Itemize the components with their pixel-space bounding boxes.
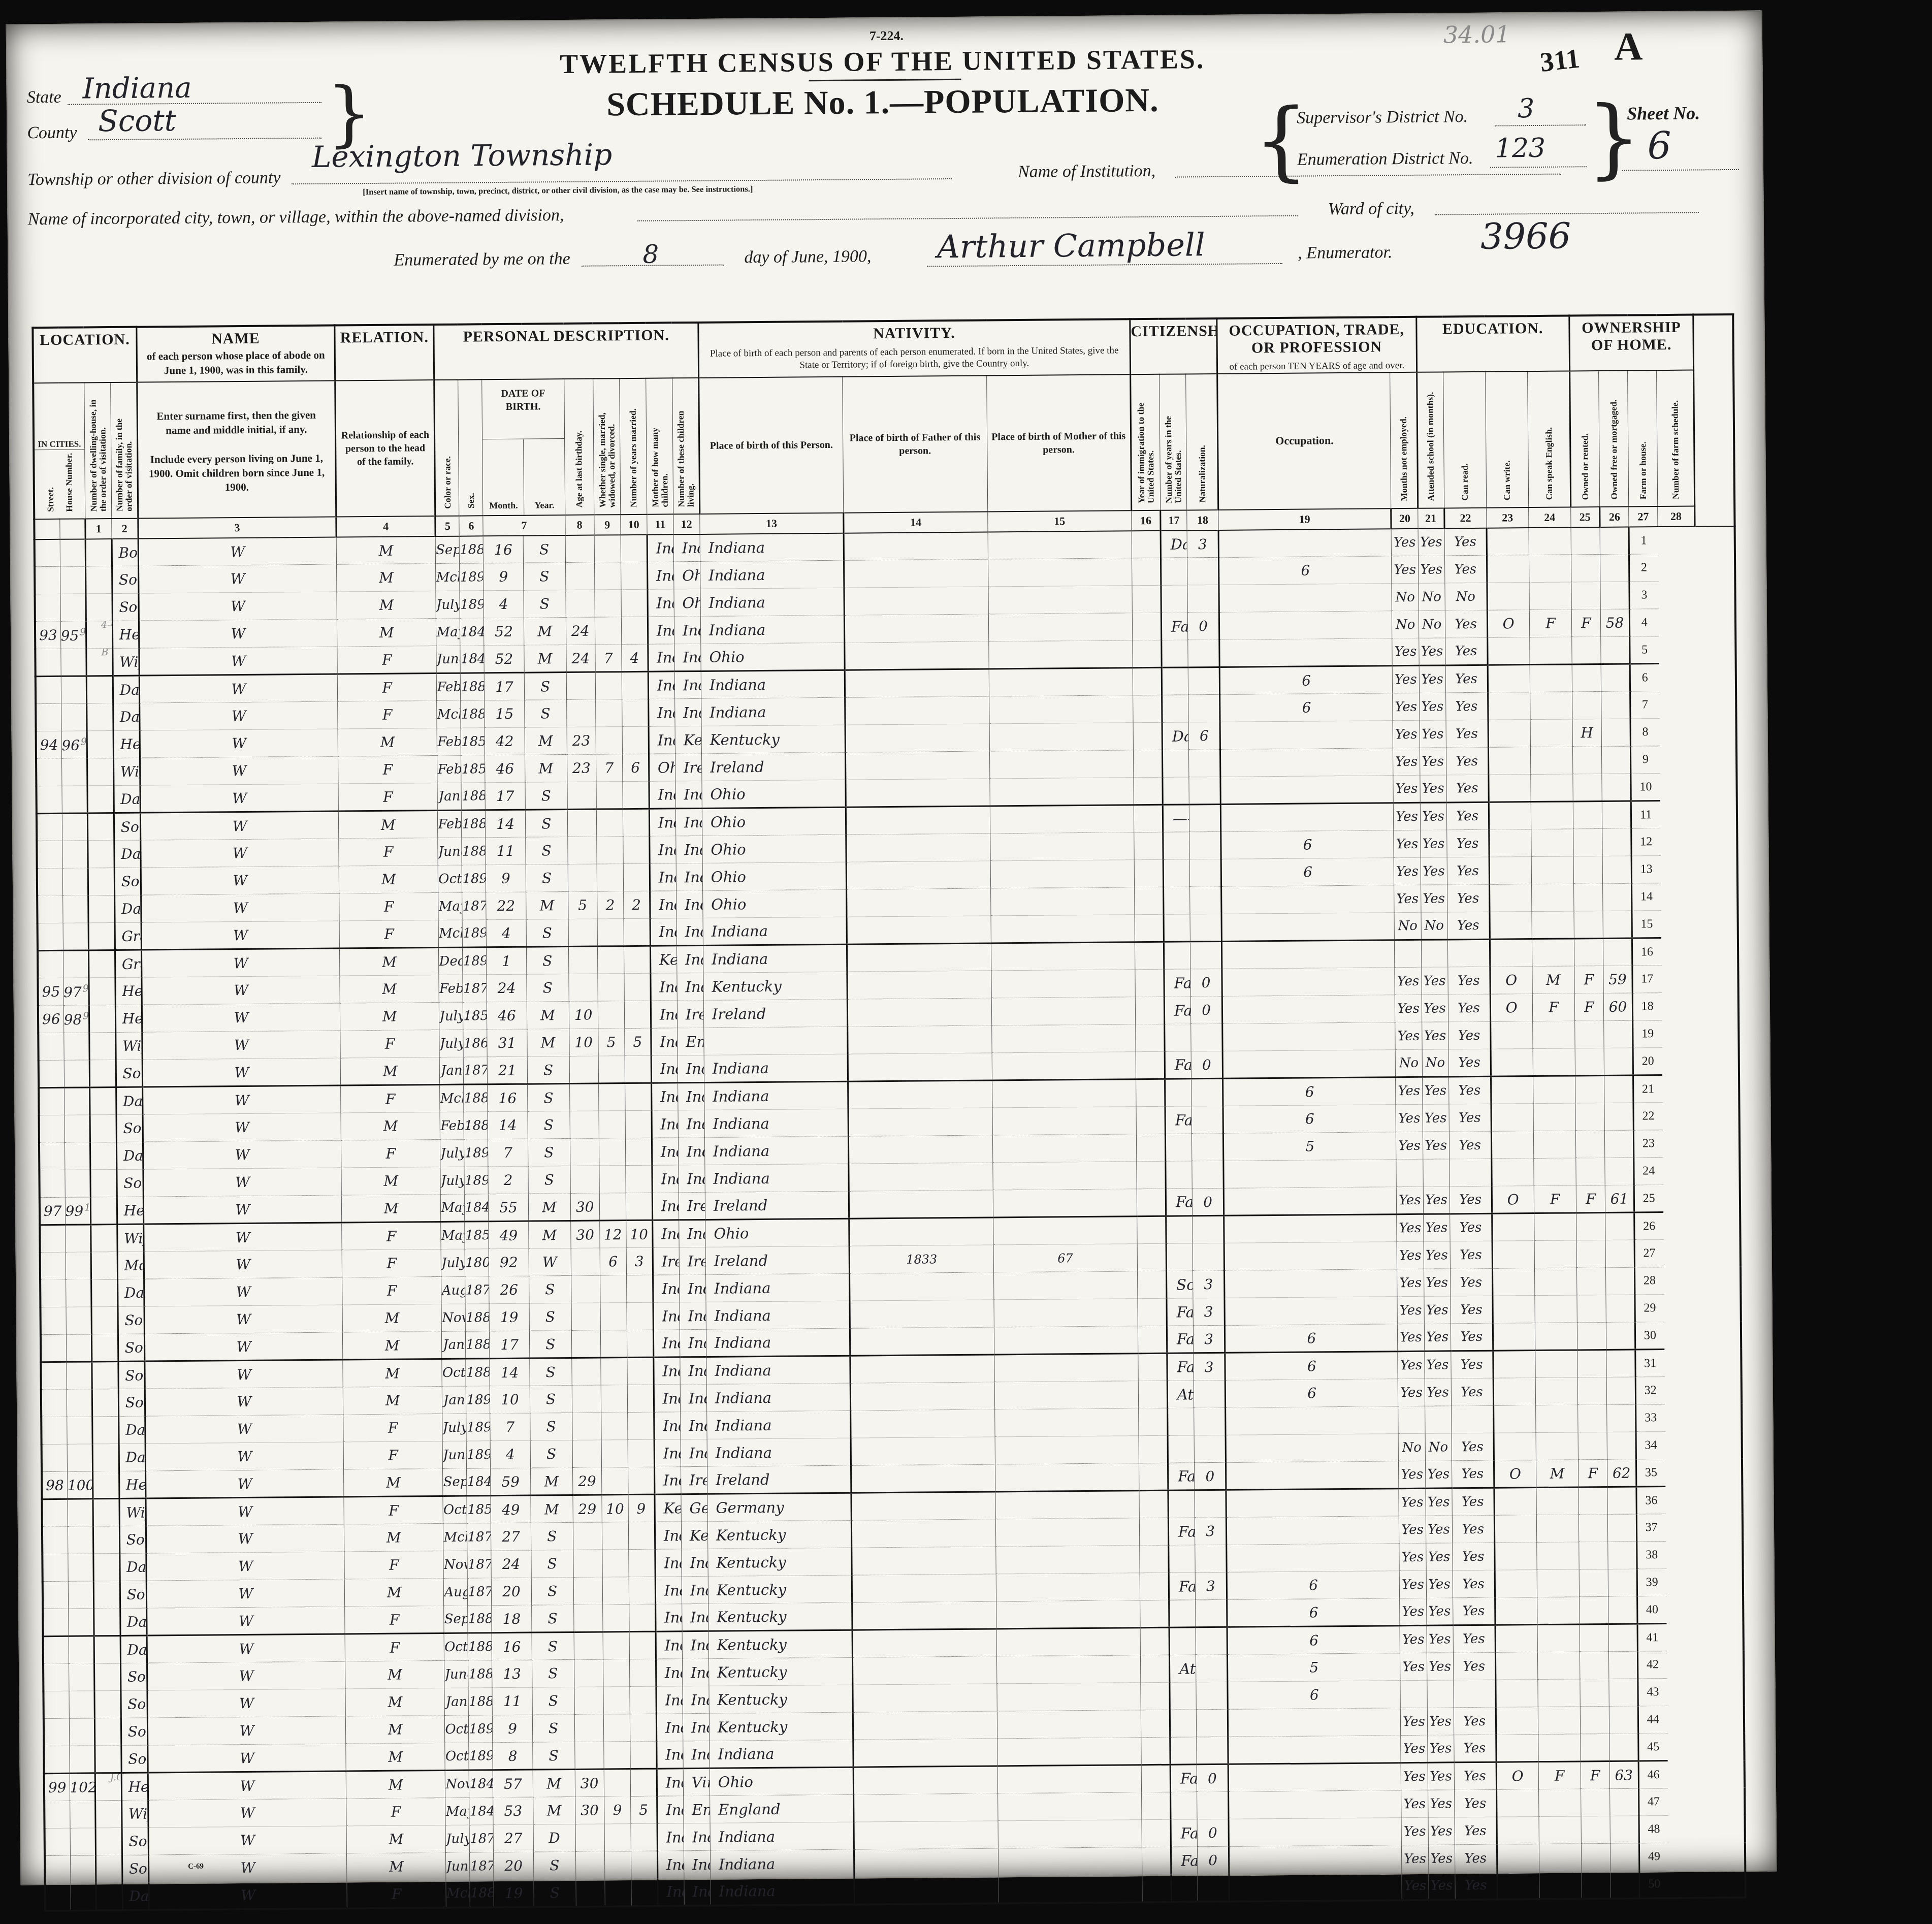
cell-living bbox=[631, 1823, 657, 1851]
cell-pobm: Indiana bbox=[704, 1109, 849, 1137]
group-education: EDUCATION. bbox=[1416, 315, 1569, 372]
cell-nat bbox=[1133, 668, 1162, 695]
cell-rel: Son bbox=[122, 1827, 148, 1855]
township-value: Lexington Township bbox=[311, 137, 612, 174]
cell-pobf: Ireland bbox=[677, 1001, 703, 1028]
cell-dw bbox=[35, 594, 60, 622]
cell-imm bbox=[850, 1382, 994, 1410]
cell-nat bbox=[1140, 1573, 1169, 1600]
cell-sched bbox=[1606, 1295, 1635, 1322]
cell-eng: Yes bbox=[1448, 1076, 1491, 1104]
cell-fh bbox=[1579, 1487, 1607, 1515]
cell-fm bbox=[1531, 801, 1573, 829]
cell-yrsm bbox=[568, 946, 597, 974]
cell-own bbox=[1493, 1296, 1535, 1324]
cell-eng: Yes bbox=[1454, 1735, 1496, 1762]
column-number-1: 1 bbox=[85, 519, 111, 539]
cell-nat bbox=[1138, 1326, 1167, 1354]
cell-nat bbox=[1140, 1627, 1169, 1655]
cell-fam bbox=[67, 1444, 92, 1471]
cell-mne bbox=[1196, 1655, 1228, 1682]
cell-occ bbox=[1162, 750, 1188, 777]
cell-write: Yes bbox=[1422, 1077, 1448, 1104]
cell-bmonth: Mch bbox=[440, 1084, 464, 1112]
cell-bmonth: Aug bbox=[444, 1578, 468, 1606]
cell-pobm: Indiana bbox=[704, 1054, 848, 1082]
cell-eng: Yes bbox=[1447, 912, 1490, 940]
cell-pobf: Indiana bbox=[683, 1686, 709, 1714]
cell-mother bbox=[598, 974, 624, 1001]
col-years-married-header: Number of years married. bbox=[619, 378, 647, 515]
cell-pob: Kentucky bbox=[650, 946, 677, 973]
cell-write: No bbox=[1418, 583, 1444, 611]
cell-fm bbox=[1533, 1131, 1576, 1159]
cell-living bbox=[627, 1357, 654, 1385]
cell-yrsus bbox=[994, 1326, 1138, 1355]
column-number-13: 13 bbox=[700, 512, 844, 534]
cell-pobm: Ireland bbox=[701, 752, 846, 781]
form-footer-mark: C-69 bbox=[188, 1863, 204, 1871]
cell-ln: 44 bbox=[1638, 1706, 1667, 1734]
cell-read: Yes bbox=[1398, 1352, 1424, 1379]
cell-mne: 3 bbox=[1193, 1326, 1225, 1353]
cell-mother bbox=[599, 1166, 626, 1193]
cell-marital: S bbox=[532, 1742, 575, 1770]
cell-own bbox=[1495, 1597, 1537, 1625]
cell-age: 15 bbox=[485, 700, 524, 728]
cell-living bbox=[624, 1001, 651, 1028]
cell-sched bbox=[1601, 719, 1630, 746]
cell-pobf: Virginia bbox=[683, 1769, 710, 1796]
cell-name: — Joseph P. bbox=[95, 1855, 122, 1883]
township-line bbox=[292, 178, 952, 184]
cell-sched bbox=[1602, 801, 1631, 828]
cell-mne bbox=[1197, 1792, 1229, 1819]
cell-color: W bbox=[144, 1332, 343, 1361]
cell-yrsm: 10 bbox=[569, 1001, 598, 1029]
cell-write: No bbox=[1421, 912, 1447, 940]
cell-fh bbox=[1573, 801, 1602, 829]
cell-pobf: Germany bbox=[681, 1494, 707, 1522]
cell-pobf: Indiana bbox=[680, 1357, 706, 1385]
cell-pobf: Ireland bbox=[679, 1193, 705, 1220]
cell-mother: 9 bbox=[604, 1797, 630, 1824]
cell-mother bbox=[604, 1769, 630, 1797]
cell-color: W bbox=[139, 674, 338, 703]
column-number-21: 21 bbox=[1418, 508, 1444, 528]
cell-color: W bbox=[149, 1881, 347, 1910]
cell-occ bbox=[1163, 859, 1189, 887]
cell-ln: 33 bbox=[1636, 1404, 1665, 1432]
cell-imm bbox=[851, 1492, 995, 1520]
title-rule bbox=[809, 79, 961, 81]
cell-age: 9 bbox=[486, 864, 526, 892]
cell-yrsus bbox=[989, 778, 1134, 806]
cell-ln: 27 bbox=[1634, 1240, 1663, 1267]
cell-sched bbox=[1601, 746, 1630, 774]
group-nativity: NATIVITY. Place of birth of each person … bbox=[698, 319, 1131, 377]
cell-own bbox=[1493, 1405, 1536, 1433]
cell-ln: 22 bbox=[1633, 1103, 1662, 1130]
cell-yrsus bbox=[988, 613, 1133, 642]
cell-fm bbox=[1539, 1844, 1582, 1872]
cell-write: Yes bbox=[1424, 1324, 1451, 1351]
cell-own bbox=[1494, 1515, 1537, 1543]
cell-eng: Yes bbox=[1454, 1789, 1497, 1817]
cell-yrsus bbox=[995, 1463, 1139, 1492]
cell-marital: S bbox=[528, 1139, 570, 1167]
cell-ln: 8 bbox=[1630, 719, 1659, 746]
cell-read: Yes bbox=[1402, 1873, 1428, 1900]
cell-color: W bbox=[141, 866, 339, 895]
cell-byear: 1881 bbox=[470, 1880, 494, 1907]
cell-mne bbox=[1190, 914, 1222, 942]
cell-age: 14 bbox=[488, 1111, 527, 1139]
cell-own: O bbox=[1494, 1460, 1536, 1488]
cell-name: — Cathrine A bbox=[93, 1554, 119, 1581]
cell-sch: 6 bbox=[1225, 1324, 1398, 1353]
cell-imm bbox=[847, 943, 991, 972]
cell-yrsm: 30 bbox=[575, 1797, 604, 1824]
cell-rel: Daug. bbox=[116, 1142, 143, 1169]
cell-fam bbox=[69, 1746, 94, 1773]
cell-sched bbox=[1608, 1651, 1637, 1679]
cell-ln: 18 bbox=[1632, 993, 1661, 1020]
cell-dw bbox=[39, 1170, 65, 1198]
cell-ln: 28 bbox=[1634, 1267, 1663, 1295]
cell-pob: Indiana bbox=[651, 1083, 678, 1110]
cell-byear: 1881 bbox=[468, 1606, 492, 1633]
cell-read: Yes bbox=[1392, 529, 1418, 556]
cell-rel: Son bbox=[114, 868, 141, 895]
cell-write: Yes bbox=[1419, 638, 1445, 665]
cell-read: Yes bbox=[1402, 1845, 1428, 1873]
cell-fam bbox=[61, 786, 87, 813]
cell-fh: F bbox=[1574, 966, 1603, 993]
cell-age: 24 bbox=[487, 974, 526, 1002]
cell-sch bbox=[1221, 913, 1395, 942]
cell-name: Clegg Amos bbox=[85, 539, 112, 566]
cell-color: W bbox=[145, 1387, 343, 1416]
cell-eng bbox=[1451, 1405, 1494, 1433]
cell-nat bbox=[1139, 1463, 1168, 1491]
cell-dw bbox=[39, 1115, 65, 1143]
cell-fm bbox=[1537, 1597, 1580, 1625]
cell-eng: Yes bbox=[1455, 1817, 1497, 1845]
cell-yrsm bbox=[571, 1358, 600, 1385]
cell-read: Yes bbox=[1401, 1818, 1428, 1845]
cell-bmonth: Oct bbox=[445, 1743, 469, 1770]
county-value: Scott bbox=[98, 103, 176, 138]
cell-occ bbox=[1164, 887, 1190, 914]
cell-occ: Farmer bbox=[1164, 969, 1190, 997]
cell-name: Blair James O. bbox=[89, 1005, 115, 1033]
cell-sch bbox=[1228, 1708, 1401, 1737]
cell-read: Yes bbox=[1396, 1105, 1422, 1132]
cell-read: Yes bbox=[1397, 1242, 1424, 1269]
cell-read: Yes bbox=[1394, 858, 1421, 885]
cell-mother bbox=[602, 1550, 628, 1577]
cell-fm bbox=[1534, 1240, 1577, 1268]
col-can-write-header: Can write. bbox=[1485, 371, 1528, 508]
cell-sex: M bbox=[346, 1743, 445, 1772]
cell-pobm: Ohio bbox=[710, 1767, 854, 1795]
cell-sched bbox=[1609, 1734, 1638, 1761]
cell-pobm: Ireland bbox=[705, 1191, 849, 1220]
cell-pobm: Indiana bbox=[704, 1081, 848, 1110]
cell-sch: 5 bbox=[1228, 1653, 1401, 1682]
cell-pob: Indiana bbox=[650, 891, 676, 918]
cell-sex: M bbox=[343, 1359, 442, 1388]
cell-name: — Alvan R. bbox=[88, 868, 114, 895]
cell-occ bbox=[1166, 1161, 1192, 1189]
cell-own bbox=[1497, 1872, 1539, 1900]
cell-dw: 95 bbox=[38, 978, 63, 1006]
cell-pobm: Ohio bbox=[702, 862, 847, 890]
cell-sex: F bbox=[345, 1633, 444, 1662]
cell-color: W bbox=[141, 921, 340, 950]
column-number-2: 2 bbox=[111, 518, 138, 538]
cell-fam bbox=[67, 1389, 92, 1417]
cell-fh: F bbox=[1581, 1761, 1609, 1789]
cell-sex: M bbox=[340, 1003, 439, 1031]
cell-rel: Head bbox=[112, 621, 139, 648]
cell-byear: 1890 bbox=[462, 865, 486, 892]
cell-fh bbox=[1580, 1707, 1609, 1734]
cell-occ bbox=[1162, 695, 1188, 722]
cell-pob: Indiana bbox=[657, 1851, 684, 1878]
cell-yrsus bbox=[996, 1573, 1140, 1601]
cell-living bbox=[630, 1769, 657, 1796]
cell-yrsm: 29 bbox=[573, 1495, 602, 1522]
cell-occ: At School bbox=[1167, 1381, 1194, 1408]
cell-mne bbox=[1189, 805, 1221, 832]
col-years-in-us-header: Number of years in the United States. bbox=[1160, 374, 1187, 510]
cell-bmonth: June bbox=[438, 838, 462, 865]
cell-sched bbox=[1604, 1020, 1633, 1048]
cell-pob: Indiana bbox=[649, 781, 675, 809]
cell-fm bbox=[1531, 884, 1574, 912]
cell-marital: M bbox=[533, 1797, 575, 1825]
cell-sex: F bbox=[342, 1249, 441, 1278]
cell-sch bbox=[1226, 1516, 1399, 1545]
cell-sched: 61 bbox=[1605, 1185, 1634, 1212]
cell-age: 11 bbox=[492, 1687, 532, 1715]
cell-fam bbox=[60, 566, 85, 594]
cell-rel: Son bbox=[120, 1581, 146, 1608]
cell-fh bbox=[1576, 1158, 1605, 1185]
cell-sched bbox=[1609, 1706, 1638, 1734]
cell-bmonth: May bbox=[445, 1798, 469, 1825]
cell-occ bbox=[1164, 914, 1190, 942]
cell-write: Yes bbox=[1424, 1241, 1450, 1269]
cell-dw bbox=[43, 1637, 69, 1664]
cell-sch bbox=[1227, 1544, 1400, 1573]
cell-write: Yes bbox=[1424, 1296, 1450, 1324]
pencil-family-correction: 100 bbox=[84, 1202, 90, 1213]
cell-bmonth: Nov bbox=[441, 1304, 465, 1331]
cell-pobm: Germany bbox=[707, 1493, 852, 1521]
cell-pob: Indiana bbox=[650, 836, 676, 863]
cell-bmonth: Mch bbox=[443, 1523, 467, 1551]
cell-color: W bbox=[138, 564, 337, 593]
cell-marital: S bbox=[531, 1605, 574, 1633]
cell-write: Yes bbox=[1420, 748, 1446, 775]
cell-pobf: Indiana bbox=[680, 1302, 706, 1330]
cell-sched bbox=[1602, 883, 1631, 911]
cell-rel: Son bbox=[112, 593, 139, 621]
cell-fm bbox=[1536, 1515, 1579, 1543]
cell-sched bbox=[1608, 1624, 1637, 1651]
cell-ln: 43 bbox=[1638, 1679, 1667, 1706]
cell-pobm: Indiana bbox=[703, 917, 847, 945]
cell-mother bbox=[597, 864, 623, 891]
cell-pobf: Indiana bbox=[674, 699, 701, 726]
cell-yrsm bbox=[571, 1330, 600, 1358]
cell-color: W bbox=[146, 1579, 345, 1608]
cell-marital: S bbox=[525, 782, 567, 810]
cell-imm bbox=[851, 1409, 995, 1438]
cell-pob: Indiana bbox=[653, 1275, 679, 1302]
cell-yrsm bbox=[574, 1687, 603, 1714]
cell-nat bbox=[1140, 1546, 1169, 1573]
cell-imm bbox=[850, 1300, 994, 1328]
cell-occ: Farm Hand bbox=[1171, 1847, 1197, 1874]
cell-yrsus bbox=[992, 1134, 1137, 1163]
cell-pob: Indiana bbox=[651, 973, 677, 1001]
cell-marital: S bbox=[531, 1523, 573, 1551]
cell-fm bbox=[1530, 747, 1573, 775]
cell-mother bbox=[598, 1056, 625, 1083]
col-children-living-header: Number of these children living. bbox=[672, 378, 700, 514]
cell-pobm: Indiana bbox=[707, 1438, 851, 1466]
cell-dw bbox=[36, 704, 61, 731]
column-number-10: 10 bbox=[621, 515, 647, 535]
cell-living: 2 bbox=[623, 891, 650, 918]
cell-living bbox=[627, 1412, 654, 1439]
cell-pobm: Ohio bbox=[705, 1218, 850, 1247]
cell-yrsus bbox=[993, 1299, 1138, 1327]
cell-sex: M bbox=[345, 1661, 445, 1689]
cell-nat bbox=[1135, 997, 1164, 1024]
cell-sch bbox=[1228, 1736, 1401, 1765]
cell-fam bbox=[61, 676, 86, 703]
cell-mne: 0 bbox=[1191, 1051, 1223, 1079]
cell-pobm: Kentucky bbox=[709, 1657, 853, 1686]
cell-nat bbox=[1139, 1518, 1168, 1546]
cell-fam: 9899 bbox=[63, 1005, 89, 1033]
cell-read: Yes bbox=[1397, 1269, 1424, 1297]
cell-fm bbox=[1529, 582, 1572, 610]
cell-read: Yes bbox=[1393, 666, 1419, 693]
cell-sex: M bbox=[346, 1716, 445, 1744]
cell-mne: 3 bbox=[1193, 1298, 1225, 1326]
cell-yrsm: 30 bbox=[575, 1769, 604, 1797]
cell-fm bbox=[1539, 1816, 1582, 1844]
cell-write: Yes bbox=[1425, 1488, 1452, 1516]
cell-yrsm bbox=[574, 1714, 603, 1742]
cell-pobm: Kentucky bbox=[709, 1712, 853, 1741]
cell-name: — Francis D. bbox=[94, 1746, 121, 1773]
cell-fam bbox=[60, 539, 85, 566]
cell-own bbox=[1487, 528, 1529, 556]
pencil-note: J.G-1 4C bbox=[110, 1773, 122, 1783]
cell-ln: 11 bbox=[1631, 801, 1660, 828]
cell-pobf: Ohio bbox=[673, 562, 700, 589]
cell-ln: 32 bbox=[1635, 1377, 1664, 1404]
cell-rel: Head bbox=[115, 977, 142, 1005]
cell-marital: M bbox=[530, 1495, 573, 1523]
cell-marital: S bbox=[525, 837, 568, 865]
column-number-23: 23 bbox=[1486, 507, 1528, 528]
cell-fh bbox=[1572, 692, 1601, 719]
cell-mother bbox=[595, 590, 621, 617]
cell-byear: 1885 bbox=[466, 1359, 490, 1386]
cell-own bbox=[1496, 1707, 1538, 1735]
cell-mother bbox=[604, 1851, 631, 1879]
cell-imm bbox=[850, 1327, 994, 1356]
cell-color: W bbox=[140, 839, 339, 868]
cell-age: 7 bbox=[490, 1413, 530, 1441]
cell-fh bbox=[1582, 1871, 1611, 1899]
cell-pobf: Indiana bbox=[677, 946, 703, 973]
cell-ln: 6 bbox=[1630, 664, 1659, 691]
cell-own bbox=[1492, 1241, 1535, 1269]
cell-pobf: England bbox=[683, 1796, 710, 1823]
cell-fh bbox=[1577, 1377, 1606, 1405]
cell-bmonth: Jan bbox=[444, 1688, 468, 1715]
cell-dw: 94 bbox=[36, 731, 61, 759]
cell-age: 46 bbox=[485, 755, 525, 783]
cell-name: — Sarah J. bbox=[95, 1801, 121, 1828]
cell-sex: F bbox=[339, 893, 439, 921]
cell-dw bbox=[40, 1280, 66, 1307]
cell-pobf: Ireland bbox=[675, 754, 701, 781]
cell-rel: Wife bbox=[119, 1498, 146, 1526]
cell-ln: 35 bbox=[1636, 1459, 1665, 1487]
cell-rel: Son bbox=[121, 1745, 147, 1773]
cell-write: Yes bbox=[1423, 1187, 1450, 1214]
cell-write: Yes bbox=[1428, 1762, 1454, 1790]
cell-own bbox=[1489, 884, 1532, 912]
cell-occ: Farmer bbox=[1170, 1765, 1197, 1792]
cell-own bbox=[1496, 1735, 1538, 1762]
cell-sex: F bbox=[346, 1798, 446, 1826]
cell-fh bbox=[1575, 1021, 1604, 1048]
cell-nat bbox=[1134, 805, 1163, 832]
cell-fam bbox=[68, 1554, 93, 1581]
cell-sex: F bbox=[343, 1414, 443, 1442]
cell-dw bbox=[35, 567, 60, 594]
cell-marital: W bbox=[529, 1248, 571, 1276]
cell-living bbox=[631, 1878, 658, 1906]
cell-nat bbox=[1135, 942, 1164, 970]
cell-fam bbox=[68, 1581, 93, 1609]
cell-pobm: Indiana bbox=[705, 1273, 850, 1302]
cell-nat bbox=[1137, 1244, 1166, 1271]
cell-dw bbox=[41, 1390, 67, 1417]
cell-pobm: Ohio bbox=[702, 807, 846, 836]
cell-eng: Yes bbox=[1454, 1762, 1497, 1790]
cell-eng: Yes bbox=[1453, 1652, 1496, 1680]
column-number-26: 26 bbox=[1600, 506, 1629, 527]
cell-mne bbox=[1192, 1106, 1223, 1134]
cell-pobf: Indiana bbox=[677, 918, 703, 946]
cell-dw bbox=[40, 1253, 66, 1280]
cell-nat bbox=[1136, 1134, 1165, 1162]
cell-rel: Daug. bbox=[120, 1608, 146, 1636]
cell-sch bbox=[1219, 611, 1392, 640]
